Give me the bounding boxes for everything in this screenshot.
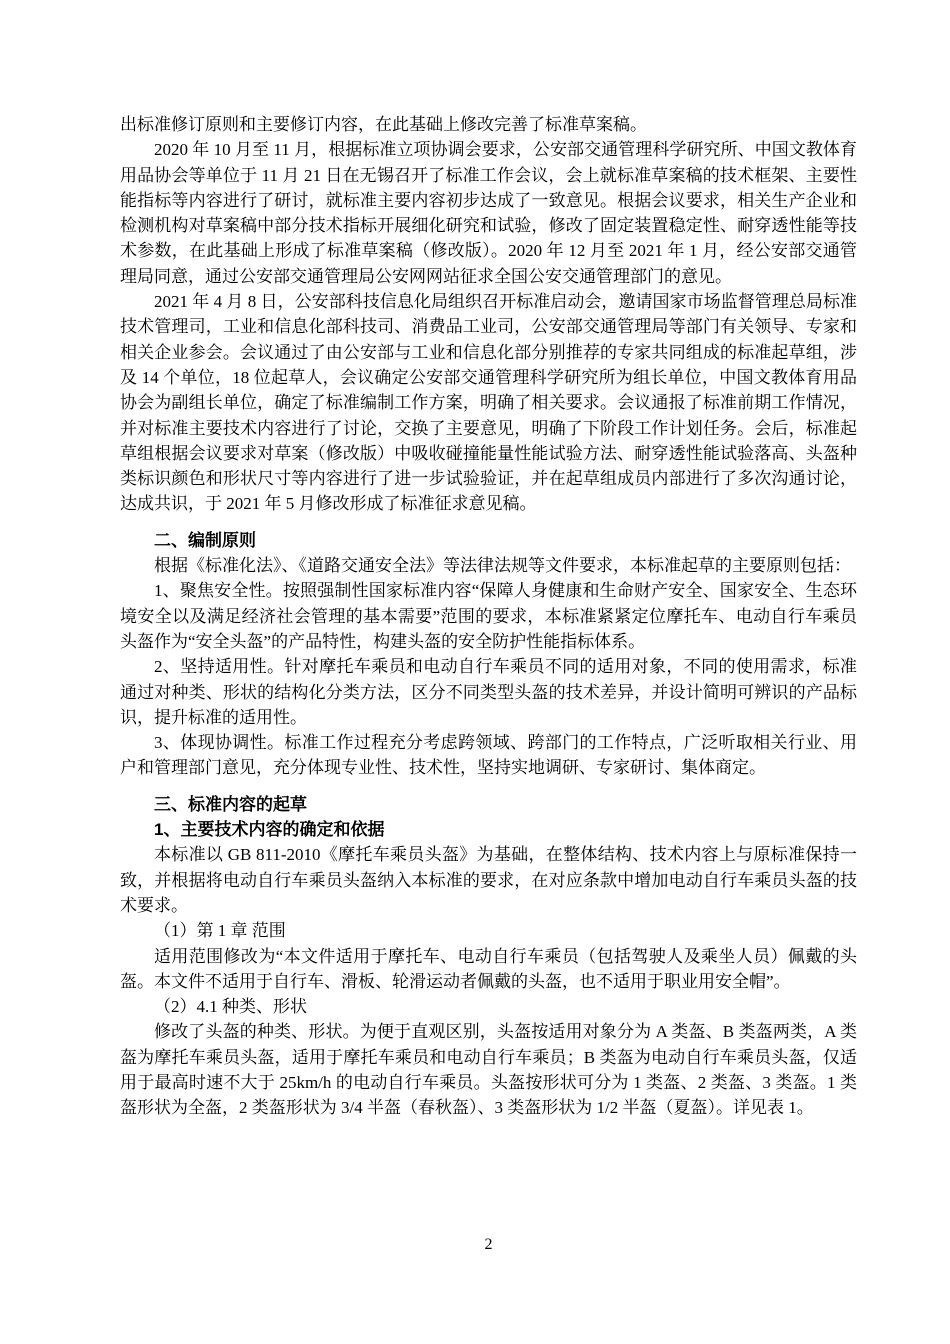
page-number: 2 [485,1236,493,1253]
section-heading-standard-drafting: 三、标准内容的起草 [120,792,857,817]
paragraph-standard-working-meeting: 2020 年 10 月至 11 月，根据标准立项协调会要求，公安部交通管理科学研… [120,137,857,289]
page-footer: 2 [120,1236,857,1254]
paragraph-principle-applicability: 2、坚持适用性。针对摩托车乘员和电动自行车乘员不同的适用对象，不同的使用需求，标… [120,654,857,730]
paragraph-scope-revision: 适用范围修改为“本文件适用于摩托车、电动自行车乘员（包括驾驶人及乘坐人员）佩戴的… [120,944,857,995]
paragraph-item-2-types-shapes: （2）4.1 种类、形状 [120,994,857,1019]
sub-heading-technical-content: 1、主要技术内容的确定和依据 [120,817,857,842]
paragraph-standard-kickoff-meeting: 2021 年 4 月 8 日，公安部科技信息化局组织召开标准启动会，邀请国家市场… [120,289,857,517]
document-body: 出标准修订原则和主要修订内容，在此基础上修改完善了标准草案稿。 2020 年 1… [120,112,857,1121]
paragraph-item-1-scope: （1）第 1 章 范围 [120,918,857,943]
section-heading-compilation-principles: 二、编制原则 [120,528,857,553]
paragraph-continuation: 出标准修订原则和主要修订内容，在此基础上修改完善了标准草案稿。 [120,112,857,137]
paragraph-standard-basis: 本标准以 GB 811-2010《摩托车乘员头盔》为基础，在整体结构、技术内容上… [120,842,857,918]
paragraph-types-shapes-revision: 修改了头盔的种类、形状。为便于直观区别，头盔按适用对象分为 A 类盔、B 类盔两… [120,1019,857,1120]
document-page: 出标准修订原则和主要修订内容，在此基础上修改完善了标准草案稿。 2020 年 1… [0,0,950,1344]
paragraph-principles-intro: 根据《标准化法》、《道路交通安全法》等法律法规等文件要求，本标准起草的主要原则包… [120,553,857,578]
paragraph-principle-coordination: 3、体现协调性。标准工作过程充分考虑跨领域、跨部门的工作特点，广泛听取相关行业、… [120,730,857,781]
paragraph-principle-safety: 1、聚焦安全性。按照强制性国家标准内容“保障人身健康和生命财产安全、国家安全、生… [120,578,857,654]
